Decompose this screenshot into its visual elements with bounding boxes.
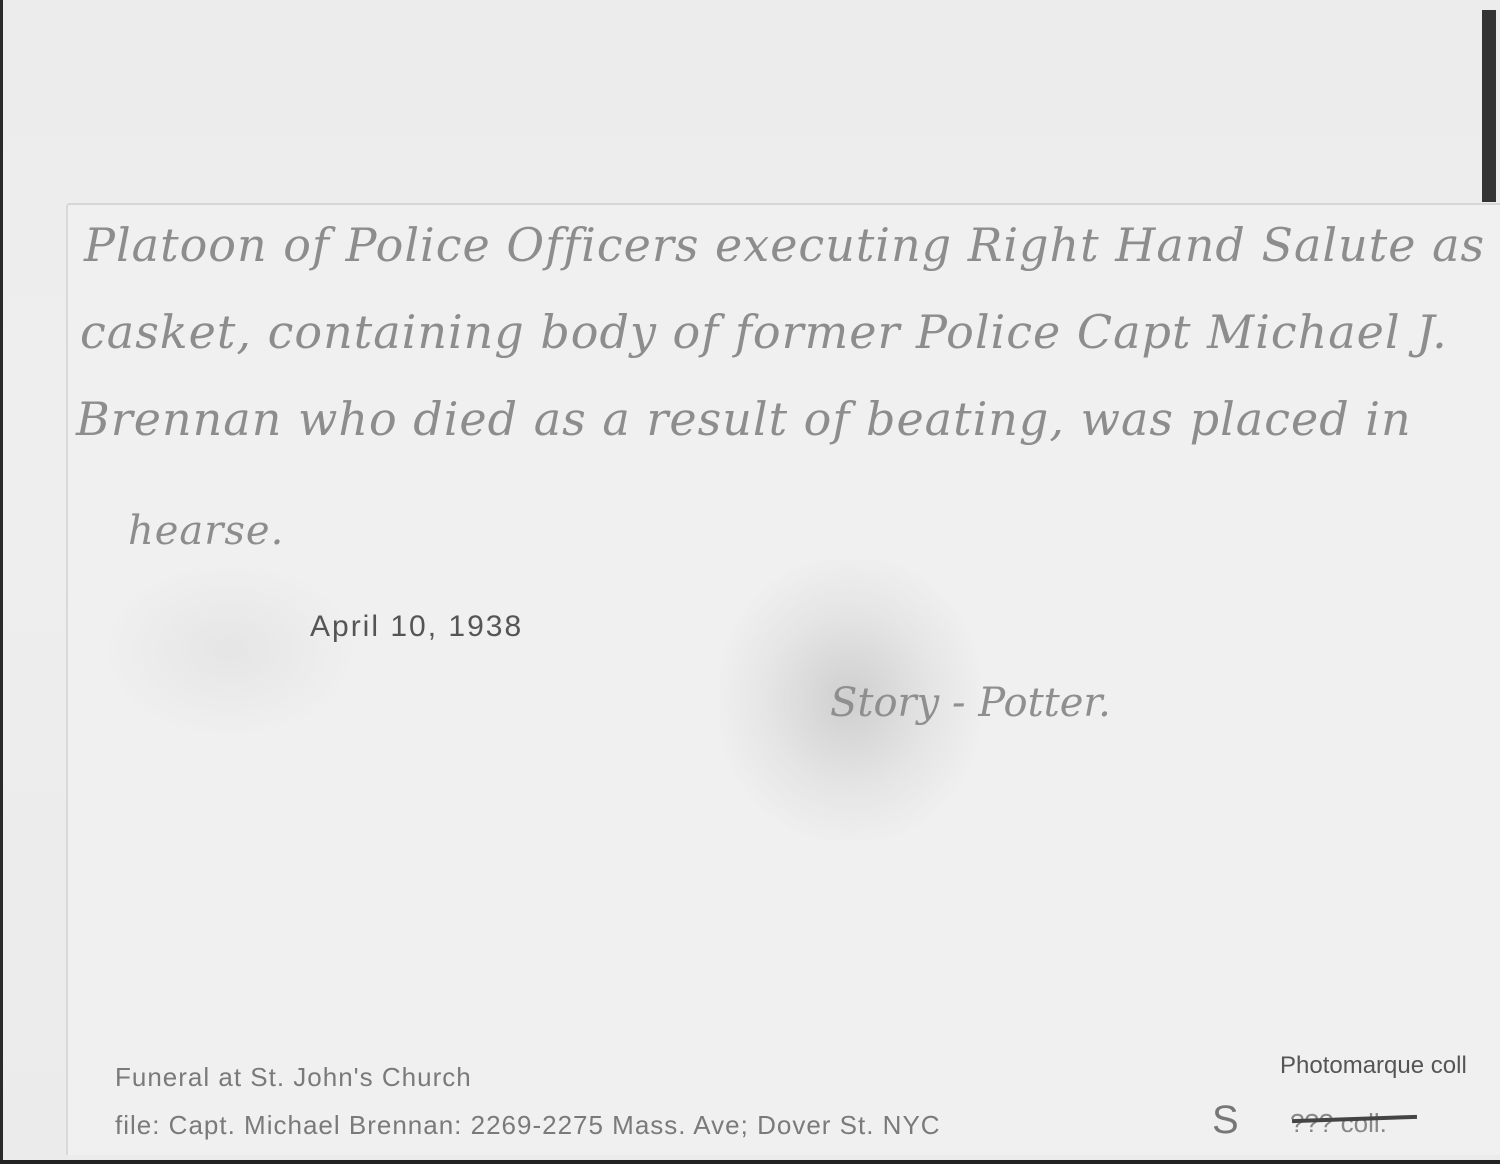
scan-left-edge — [0, 0, 3, 1164]
struck-collection-label: ??? coll. — [1290, 1108, 1387, 1139]
collection-letter: S — [1212, 1098, 1239, 1143]
smudge-stain-faint — [100, 560, 360, 740]
collection-label: Photomarque coll — [1280, 1052, 1467, 1080]
caption-line-4: hearse. — [128, 508, 284, 554]
footer-note-funeral: Funeral at St. John's Church — [115, 1062, 472, 1093]
date-annotation: April 10, 1938 — [310, 610, 523, 644]
scan-right-strip — [1482, 10, 1496, 202]
footer-note-file: file: Capt. Michael Brennan: 2269-2275 M… — [115, 1110, 941, 1141]
caption-line-1: Platoon of Police Officers executing Rig… — [84, 218, 1485, 272]
scan-bottom-edge — [0, 1160, 1500, 1164]
caption-line-3: Brennan who died as a result of beating,… — [76, 392, 1412, 446]
scanned-page: Platoon of Police Officers executing Rig… — [0, 0, 1500, 1164]
signature: Story - Potter. — [830, 680, 1111, 726]
caption-line-2: casket, containing body of former Police… — [80, 305, 1448, 359]
